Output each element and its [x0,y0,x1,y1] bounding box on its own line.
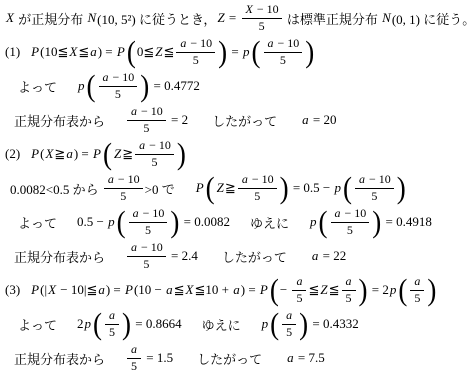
keyword-shitagatte: したがって [212,111,277,130]
value-a-22: = 22 [319,248,346,264]
var-P: P [116,44,126,60]
left-paren: ( [398,275,407,305]
value-24: = 2.4 [168,248,198,264]
numerator-rest: − 10 [254,3,279,17]
numerator: a [342,275,356,291]
denominator: 5 [371,189,377,204]
var-P: P [30,146,40,162]
left-paren: ( [319,207,328,237]
var-a: a [413,275,421,289]
text-run: >0 で [145,179,175,198]
numerator: a − 10 [355,173,394,189]
value-2: = 2 [168,112,188,128]
item-number-1: (1) [5,44,20,60]
text-run: ) = [74,146,92,162]
right-paren: ) [397,173,406,203]
text-run: − 10|≦ [57,282,97,298]
numerator: a − 10 [238,173,277,189]
value-04918: = 0.4918 [382,214,432,230]
text-run: ≧ [225,180,236,196]
denominator: 5 [151,155,157,170]
right-paren: ) [218,37,227,67]
denominator: 5 [143,121,149,136]
value-04772: = 0.4772 [150,78,200,94]
text-run: 0.5 − [77,214,107,230]
text-run: ≦ [163,44,174,60]
fraction-a-over-5: a5 [342,275,356,306]
step2-table-line: 正規分布表から a − 105 = 2.4 したがって a = 22 [0,239,467,273]
var-a: a [311,248,320,264]
left-paren: ( [252,37,261,67]
text-run: = 0.5 − [290,180,334,196]
var-N: N [381,10,392,26]
step1-formula-line: (1) P (10≦ X ≦ a ) = P ( 0≦ Z ≦ a − 105 … [0,35,467,69]
fraction-a-over-5: a5 [105,309,119,340]
var-X: X [44,146,54,162]
fraction-a-minus-10-over-5: a − 105 [355,173,394,204]
denominator: 5 [143,257,149,272]
var-Z: Z [216,10,225,26]
var-Z: Z [216,180,225,196]
denominator: 5 [346,291,352,306]
value-00082: = 0.0082 [180,214,230,230]
right-paren: ) [299,309,308,339]
text-run: (10≦ [40,44,68,60]
fraction-a-minus-10-over-5: a − 105 [135,139,174,170]
item-number-3: (3) [5,282,20,298]
numerator: a − 10 [264,37,303,53]
var-a: a [107,173,115,187]
text-run: = 2 [369,282,389,298]
denominator: 5 [109,325,115,340]
var-X: X [68,44,78,60]
numerator: a [292,275,306,291]
var-a: a [89,44,98,60]
var-a: a [138,139,146,153]
fraction-a-minus-10-over-5: a − 105 [176,37,215,68]
left-paren: ( [127,37,136,67]
value-15: = 1.5 [143,350,173,366]
var-a: a [286,350,295,366]
numerator: a − 10 [129,207,168,223]
right-paren: ) [177,139,186,169]
numerator-rest: − 10 [138,241,163,255]
numerator: a − 10 [176,37,215,53]
numerator: a [105,309,119,325]
step2-conclusion-line: よって 0.5 − p ( a − 105 ) = 0.0082 ゆえに p (… [0,205,467,239]
var-P: P [124,282,134,298]
denominator: 5 [115,87,121,102]
numerator-rest: − 10 [275,37,300,51]
var-a: a [345,275,353,289]
right-paren: ) [372,207,381,237]
right-paren: ) [122,309,131,339]
var-P: P [195,180,205,196]
var-a: a [358,173,366,187]
value-08664: = 0.8664 [132,316,182,332]
var-a: a [130,241,138,255]
step3-table-line: 正規分布表から a5 = 1.5 したがって a = 7.5 [0,341,467,375]
keyword-yotte: よって [18,77,57,96]
text-run: ≦ [174,282,185,298]
denominator: 5 [120,189,126,204]
value-a-20: = 20 [310,112,337,128]
text-run: ≦ [78,44,89,60]
fraction-a-over-5: a5 [127,343,141,374]
step3-formula-line: (3) P (| X − 10|≦ a ) = P (10 − a ≦ X ≦1… [0,273,467,307]
numerator: a − 10 [99,71,138,87]
step2-formula-line: (2) P ( X ≧ a ) = P ( Z ≧ a − 105 ) [0,137,467,171]
var-a: a [241,173,249,187]
right-paren: ) [359,275,368,305]
numerator: a [127,343,141,359]
var-a: a [301,112,310,128]
text-run: ≧ [54,146,65,162]
value-04332: = 0.4332 [309,316,359,332]
fraction-a-over-5: a5 [282,309,296,340]
minus-sign: − [280,282,291,298]
var-p: p [334,180,343,196]
numerator-rest: − 10 [342,207,367,221]
var-X: X [245,3,254,17]
denominator: 5 [296,291,302,306]
numerator: X − 10 [242,3,282,19]
keyword-table: 正規分布表から [14,247,105,266]
text-run: (10 − [134,282,165,298]
var-a: a [108,309,116,323]
var-a: a [132,207,140,221]
text-run: ≦10 + [195,282,233,298]
step3-conclusion-line: よって 2 p ( a5 ) = 0.8664 ゆえに p ( a5 ) = 0… [0,307,467,341]
var-p: p [84,316,93,332]
var-a: a [285,309,293,323]
fraction-a-minus-10-over-5: a − 105 [127,241,166,272]
value-a-75: = 7.5 [295,350,325,366]
var-a: a [232,282,241,298]
intro-line: X が正規分布 N (10, 5²) に従うとき， Z = X − 105 は標… [0,1,467,35]
text-run: ) = [241,282,259,298]
fraction-a-over-5: a5 [292,275,306,306]
fraction-a-minus-10-over-5: a − 105 [238,173,277,204]
text-run: 0.0082<0.5 から [10,179,102,198]
text-run: が正規分布 [15,9,87,28]
numerator: a − 10 [331,207,370,223]
text-run: ≧ [122,146,133,162]
text-run: ) = [98,44,116,60]
numerator: a − 10 [135,139,174,155]
numerator: a [410,275,424,291]
var-X: X [5,10,15,26]
var-a: a [267,37,275,51]
denominator: 5 [414,291,420,306]
keyword-yotte: よって [18,213,57,232]
var-p: p [261,316,270,332]
var-a: a [130,105,138,119]
fraction-a-minus-10-over-5: a − 105 [129,207,168,238]
var-P: P [259,282,269,298]
fraction-x-minus-10-over-5: X − 105 [242,3,282,34]
denominator: 5 [254,189,260,204]
left-paren: ( [270,309,279,339]
step1-conclusion-line: よって p ( a − 105 ) = 0.4772 [0,69,467,103]
step1-table-line: 正規分布表から a − 105 = 2 したがって a = 20 [0,103,467,137]
text-run: 0≦ [137,44,154,60]
keyword-yueni: ゆえに [202,315,241,334]
item-number-2: (2) [5,146,20,162]
text-run: = [226,10,240,26]
numerator-rest: − 10 [249,173,274,187]
var-a: a [165,282,174,298]
text-run: (10, 5²) に従うとき， [97,9,216,28]
keyword-shitagatte: したがって [222,247,287,266]
var-Z: Z [113,146,122,162]
document-page: X が正規分布 N (10, 5²) に従うとき， Z = X − 105 は標… [0,0,467,376]
text-run: (0, 1) に従う。 [392,9,467,28]
keyword-table: 正規分布表から [14,349,105,368]
keyword-shitagatte: したがって [197,349,262,368]
var-p: p [77,78,86,94]
right-paren: ) [170,207,179,237]
left-paren: ( [343,173,352,203]
keyword-table: 正規分布表から [14,111,105,130]
numerator: a − 10 [104,173,143,189]
denominator: 5 [259,19,265,34]
fraction-a-over-5: a5 [410,275,424,306]
numerator: a − 10 [127,241,166,257]
var-p: p [309,214,318,230]
left-paren: ( [117,207,126,237]
var-a: a [130,343,138,357]
fraction-a-minus-10-over-5: a − 105 [331,207,370,238]
numerator-rest: − 10 [138,105,163,119]
left-paren: ( [87,71,96,101]
numerator-rest: − 10 [146,139,171,153]
var-a: a [102,71,110,85]
var-a: a [295,275,303,289]
denominator: 5 [286,325,292,340]
text-run: は標準正規分布 [284,9,382,28]
var-X: X [185,282,195,298]
var-p: p [107,214,116,230]
right-paren: ) [280,173,289,203]
denominator: 5 [280,53,286,68]
left-paren: ( [93,309,102,339]
left-paren: ( [270,275,279,305]
var-P: P [30,44,40,60]
text-run: ≦ [329,282,340,298]
var-a: a [97,282,106,298]
right-paren: ) [305,37,314,67]
text-run: ) = [106,282,124,298]
keyword-yueni: ゆえに [250,213,289,232]
numerator-rest: − 10 [140,207,165,221]
var-Z: Z [154,44,163,60]
var-P: P [30,282,40,298]
numerator: a [282,309,296,325]
keyword-yotte: よって [18,315,57,334]
denominator: 5 [145,223,151,238]
var-P: P [92,146,102,162]
left-paren: ( [103,139,112,169]
left-paren: ( [206,173,215,203]
text-run: (| [40,282,47,298]
text-run: ≦ [308,282,319,298]
var-p: p [389,282,398,298]
fraction-a-minus-10-over-5: a − 105 [127,105,166,136]
numerator-rest: − 10 [187,37,212,51]
var-X: X [47,282,57,298]
denominator: 5 [193,53,199,68]
var-p: p [242,44,251,60]
var-a: a [179,37,187,51]
numerator-rest: − 10 [115,173,140,187]
fraction-a-minus-10-over-5: a − 105 [99,71,138,102]
numerator-rest: − 10 [366,173,391,187]
right-paren: ) [427,275,436,305]
var-N: N [86,10,97,26]
step2-condition-line: 0.0082<0.5 から a − 105 >0 で P ( Z ≧ a − 1… [0,171,467,205]
numerator: a − 10 [127,105,166,121]
var-a: a [65,146,74,162]
fraction-a-minus-10-over-5: a − 105 [264,37,303,68]
var-a: a [334,207,342,221]
denominator: 5 [131,359,137,374]
var-Z: Z [319,282,328,298]
right-paren: ) [140,71,149,101]
numerator-rest: − 10 [110,71,135,85]
fraction-a-minus-10-over-5: a − 105 [104,173,143,204]
denominator: 5 [347,223,353,238]
text-run: = [228,44,242,60]
